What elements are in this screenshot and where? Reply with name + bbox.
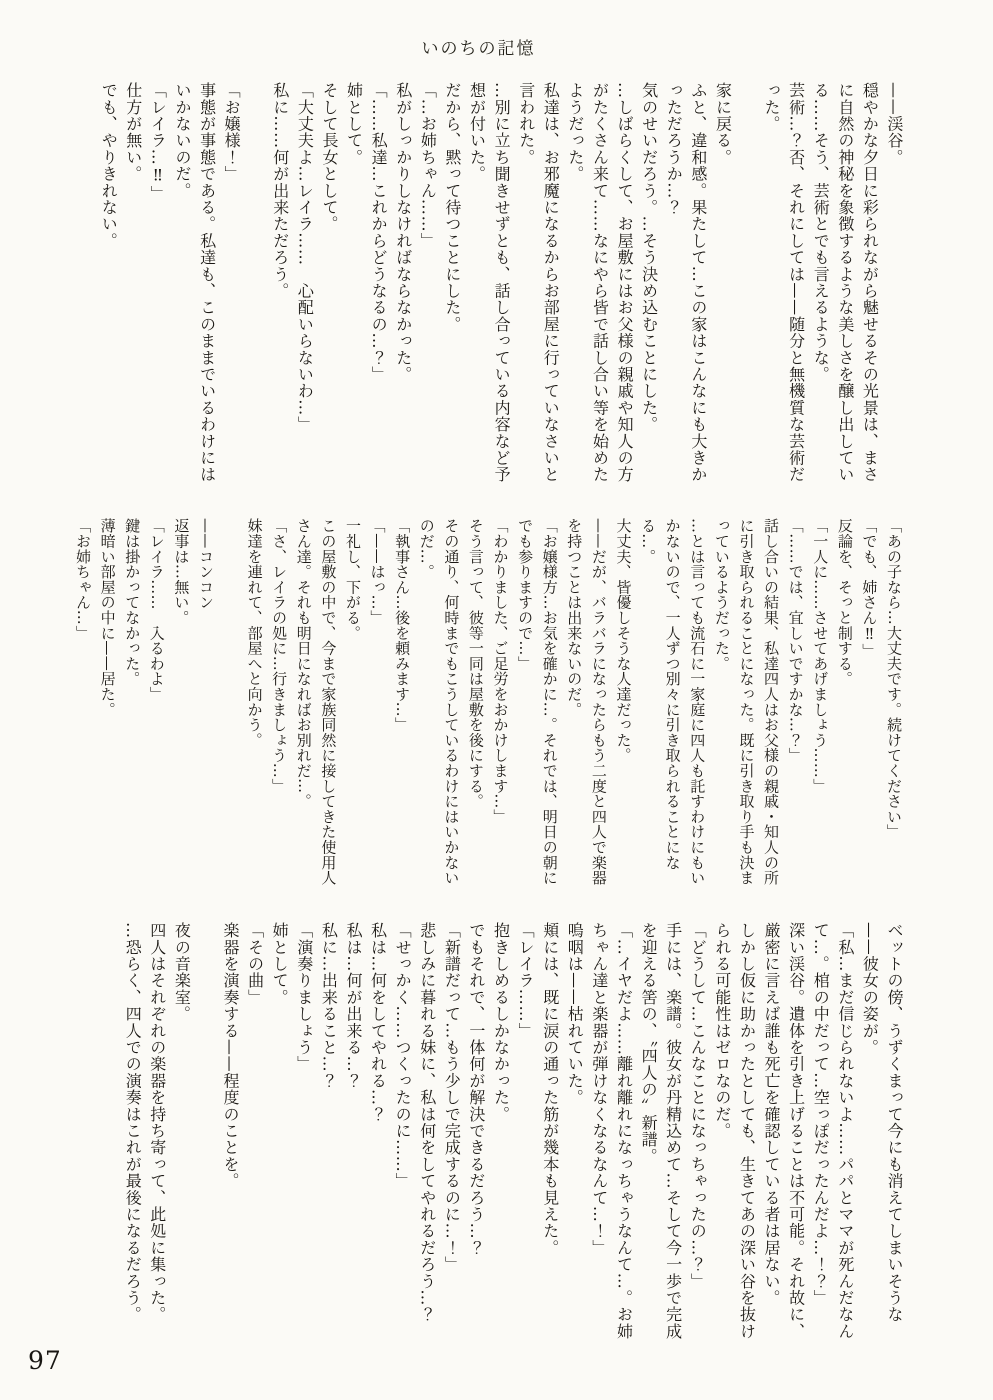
text-line: 「お姉ちゃん…」 [70, 518, 95, 890]
text-line: 姉として。 [267, 922, 292, 1340]
text-line: 「演奏りましょう」 [291, 922, 316, 1340]
text-line: ——コンコン [193, 518, 218, 890]
text-line: 「執事さん…後を頼みます…」 [390, 518, 415, 890]
text-line: だから、黙って待つことにした。 [439, 82, 464, 496]
text-line: 私がしっかりしなければならなかった。 [390, 82, 415, 496]
text-line: 鍵は掛かってなかった。 [120, 518, 145, 890]
text-line: 楽器を演奏する——程度のことを。 [217, 922, 242, 1340]
text-line: 「どうして…こんなことになっちゃったの…？」 [685, 922, 710, 1340]
text-line: 気のせいだろう。…そう決め込むことにした。 [636, 82, 661, 496]
text-line: 「私…まだ信じられないよ……パパとママが死んだなんて…。棺の中だって…空っぽだっ… [808, 922, 857, 1340]
blank-line [218, 518, 242, 890]
text-line: 「——はっ…」 [365, 518, 390, 890]
text-line: 私に…出来ること…？ [316, 922, 341, 1340]
text-line: しかし仮に助かったとしても、生きてあの深い谷を抜けられる可能性はゼロなのだ。 [709, 922, 758, 1340]
text-line: 嗚咽は——枯れていた。 [562, 922, 587, 1340]
text-line: 「……では、宜しいですかな…？」 [783, 518, 808, 890]
text-line: 「でも、姉さん‼」 [857, 518, 882, 890]
text-line: 私は…何が出来る…？ [340, 922, 365, 1340]
text-line: 芸術…？否、それにしては——随分と無機質な芸術だった。 [758, 82, 807, 496]
text-line: ——だが、バラバラになったらもう二度と四人で楽器を持つことは出来ないのだ。 [562, 518, 611, 890]
text-line: 一礼し、下がる。 [340, 518, 365, 890]
text-line: 返事は…無い。 [169, 518, 194, 890]
text-line: 手には、楽譜。彼女が丹精込めて…そして今一歩で完成を迎える筈の、〝四人の〟新譜。 [635, 922, 684, 1340]
text-line: 「お嬢様方…お気を確かに…。それでは、明日の朝にでも参りますので…」 [513, 518, 562, 890]
text-line: 頬には、既に涙の通った筋が幾本も見えた。 [537, 922, 562, 1340]
text-line: 「レイラ…… 入るわよ」 [144, 518, 169, 890]
text-line: この屋敷の中で、今まで家族同然に接してきた使用人さん達。それも明日になればお別れ… [291, 518, 340, 890]
text-line: そして長女として。 [316, 82, 341, 496]
text-line: 私に……何が出来ただろう。 [267, 82, 292, 496]
text-line: 話し合いの結果、私達四人はお父様の親戚・知人の所に引き取られることになった。既に… [709, 518, 783, 890]
text-line: 「レイラ……」 [513, 922, 538, 1340]
text-line: …しばらくして、お屋敷にはお父様の親戚や知人の方がたくさん来て……なにやら皆で話… [562, 82, 636, 496]
page-header: いのちの記憶 [0, 34, 993, 59]
text-line: 薄暗い部屋の中に——居た。 [95, 518, 120, 890]
page-number: 97 [28, 1346, 62, 1375]
blank-line [193, 922, 217, 1340]
text-line: ふと、違和感。果たして…この家はこんなにも大きかっただろうか…？ [661, 82, 710, 496]
blank-line [243, 82, 267, 496]
manuscript-page: いのちの記憶 ——渓谷。穏やかな夕日に彩られながら魅せるその光景は、まさに自然の… [0, 0, 993, 1400]
text-line: ——彼女の姿が。 [857, 922, 882, 1340]
text-line: 深い渓谷。遺体を引き上げることは不可能。それ故に、厳密に言えば誰も死亡を確認して… [758, 922, 807, 1340]
text-line: でも、やりきれない。 [96, 82, 121, 496]
text-band-bottom: ベットの傍、うずくまって今にも消えてしまいそうな——彼女の姿が。「私…まだ信じら… [120, 922, 906, 1340]
text-line: 「…イヤだよ……離れ離れになっちゃうなんて…。お姉ちゃん達と楽器が弾けなくなるな… [586, 922, 635, 1340]
text-line: …恐らく、四人での演奏はこれが最後になるだろう。 [120, 922, 145, 1340]
text-line: 「大丈夫よ…レイラ…… 心配いらないわ…」 [292, 82, 317, 496]
text-line: 私達は、お邪魔になるからお部屋に行っていなさいと言われた。 [513, 82, 562, 496]
text-line: 事態が事態である。私達も、このままでいるわけにはいかないのだ。 [169, 82, 218, 496]
text-line: 「あの子なら…大丈夫です。続けてください」 [881, 518, 906, 890]
text-line: でもそれで、一体何が解決できるだろう…？ [463, 922, 488, 1340]
text-line: 「その曲」 [242, 922, 267, 1340]
text-line: 悲しみに暮れる妹に、私は何をしてやれるだろう…？ [414, 922, 439, 1340]
text-line: 妹達を連れて、部屋へと向かう。 [242, 518, 267, 890]
text-band-top: ——渓谷。穏やかな夕日に彩られながら魅せるその光景は、まさに自然の神秘を象徴する… [96, 82, 906, 496]
text-line: 「一人に……させてあげましょう……」 [808, 518, 833, 890]
text-line: 四人はそれぞれの楽器を持ち寄って、此処に集った。 [144, 922, 169, 1340]
text-line: 「さ、レイラの処に…行きましょう…」 [267, 518, 292, 890]
text-line: 夜の音楽室。 [169, 922, 194, 1340]
text-line: …別に立ち聞きせずとも、話し合っている内容など予想が付いた。 [464, 82, 513, 496]
text-line: 「お嬢様！」 [219, 82, 244, 496]
text-line: 穏やかな夕日に彩られながら魅せるその光景は、まさに自然の神秘を象徴するような美し… [808, 82, 882, 496]
text-line: そう言って、彼等一同は屋敷を後にする。 [463, 518, 488, 890]
text-line: 「新譜だって…もう少しで完成するのに…！」 [439, 922, 464, 1340]
text-line: 「……私達…これからどうなるの…？」 [366, 82, 391, 496]
text-line: 大丈夫、皆優しそうな人達だった。 [611, 518, 636, 890]
text-line: 「せっかく……つくったのに……」 [390, 922, 415, 1340]
text-line: …とは言っても流石に一家庭に四人も託すわけにもいかないので、一人ずつ別々に引き取… [635, 518, 709, 890]
text-line: 家に戻る。 [710, 82, 735, 496]
text-line: 仕方が無い。 [120, 82, 145, 496]
page-title: いのちの記憶 [422, 34, 536, 59]
blank-line [734, 82, 758, 496]
text-line: 「…お姉ちゃん……」 [415, 82, 440, 496]
text-line: 抱きしめるしかなかった。 [488, 922, 513, 1340]
text-line: 姉として。 [341, 82, 366, 496]
text-band-middle: 「あの子なら…大丈夫です。続けてください」「でも、姉さん‼」反論を、そっと制する… [70, 518, 906, 890]
text-line: 反論を、そっと制する。 [832, 518, 857, 890]
text-line: 私は…何をしてやれる…？ [365, 922, 390, 1340]
text-line: ——渓谷。 [881, 82, 906, 496]
text-line: その通り、何時までもこうしているわけにはいかないのだ…。 [414, 518, 463, 890]
text-line: 「レイラ…‼」 [145, 82, 170, 496]
text-line: ベットの傍、うずくまって今にも消えてしまいそうな [881, 922, 906, 1340]
text-line: 「わかりました、ご足労をおかけします…」 [488, 518, 513, 890]
